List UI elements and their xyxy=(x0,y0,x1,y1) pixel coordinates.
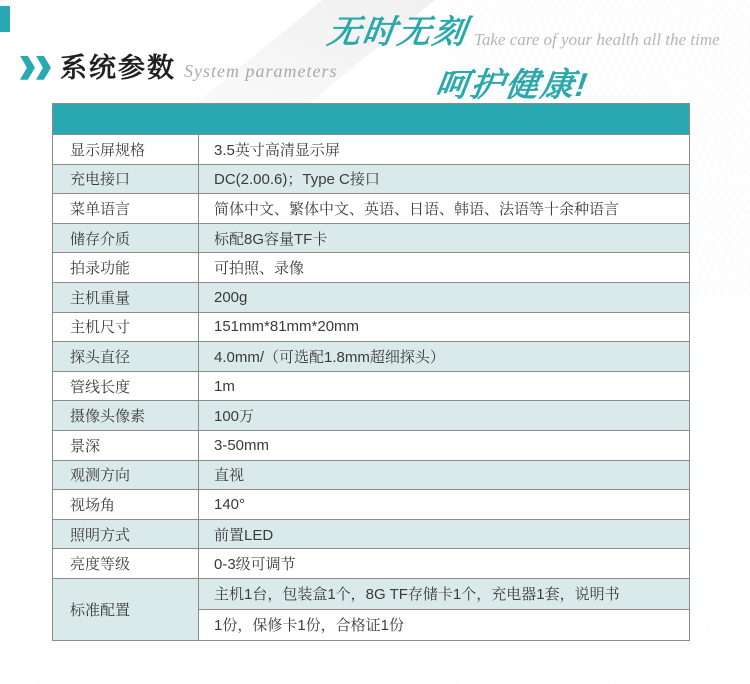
spec-value: 200g xyxy=(199,283,689,312)
spec-label: 视场角 xyxy=(53,490,199,519)
spec-table: 显示屏规格 3.5英寸高清显示屏 充电接口 DC(2.00.6)；Type C接… xyxy=(52,103,690,641)
spec-value: 140° xyxy=(199,490,689,519)
spec-value-line: 主机1台，包装盒1个，8G TF存储卡1个，充电器1套，说明书 xyxy=(199,579,689,609)
spec-value: 151mm*81mm*20mm xyxy=(199,313,689,342)
spec-row: 主机重量 200g xyxy=(53,282,689,312)
spec-sheet-page: 系统参数 System parameters 无时无刻 Take care of… xyxy=(0,0,750,684)
spec-row: 观测方向 直视 xyxy=(53,460,689,490)
spec-label: 显示屏规格 xyxy=(53,135,199,164)
spec-label: 摄像头像素 xyxy=(53,401,199,430)
spec-value: 3.5英寸高清显示屏 xyxy=(199,135,689,164)
slogan-line1: 无时无刻 xyxy=(325,6,472,53)
spec-value: 4.0mm/（可选配1.8mm超细探头） xyxy=(199,342,689,371)
spec-value-multiline: 主机1台，包装盒1个，8G TF存储卡1个，充电器1套，说明书 1份，保修卡1份… xyxy=(199,579,689,640)
spec-value: 前置LED xyxy=(199,520,689,549)
spec-label: 景深 xyxy=(53,431,199,460)
spec-value: 1m xyxy=(199,372,689,401)
spec-value: 可拍照、录像 xyxy=(199,253,689,282)
chevron-right-icon xyxy=(20,56,35,80)
slogan-line2: 呵护健康! xyxy=(433,59,723,106)
section-title: 系统参数 System parameters xyxy=(20,54,337,84)
spec-row-standard-config: 标准配置 主机1台，包装盒1个，8G TF存储卡1个，充电器1套，说明书 1份，… xyxy=(53,578,689,640)
spec-row: 亮度等级 0-3级可调节 xyxy=(53,548,689,578)
spec-value: 3-50mm xyxy=(199,431,689,460)
spec-row: 拍录功能 可拍照、录像 xyxy=(53,252,689,282)
spec-row: 储存介质 标配8G容量TF卡 xyxy=(53,223,689,253)
spec-label: 充电接口 xyxy=(53,165,199,194)
spec-label: 储存介质 xyxy=(53,224,199,253)
spec-label: 拍录功能 xyxy=(53,253,199,282)
spec-row: 摄像头像素 100万 xyxy=(53,400,689,430)
spec-row: 管线长度 1m xyxy=(53,371,689,401)
spec-row: 主机尺寸 151mm*81mm*20mm xyxy=(53,312,689,342)
slogan-block: 无时无刻 Take care of your health all the ti… xyxy=(328,6,720,106)
spec-label: 菜单语言 xyxy=(53,194,199,223)
spec-value: DC(2.00.6)；Type C接口 xyxy=(199,165,689,194)
spec-row: 菜单语言 简体中文、繁体中文、英语、日语、韩语、法语等十余种语言 xyxy=(53,193,689,223)
chevron-right-icon xyxy=(36,56,51,80)
spec-label: 亮度等级 xyxy=(53,549,199,578)
page-title: 系统参数 xyxy=(60,54,176,84)
page-title-en: System parameters xyxy=(184,61,337,82)
double-chevron-icon xyxy=(20,56,52,80)
spec-label: 照明方式 xyxy=(53,520,199,549)
spec-label: 主机重量 xyxy=(53,283,199,312)
slogan-english: Take care of your health all the time xyxy=(474,30,720,50)
spec-value: 0-3级可调节 xyxy=(199,549,689,578)
spec-value: 100万 xyxy=(199,401,689,430)
spec-row: 探头直径 4.0mm/（可选配1.8mm超细探头） xyxy=(53,341,689,371)
spec-value: 简体中文、繁体中文、英语、日语、韩语、法语等十余种语言 xyxy=(199,194,689,223)
spec-row: 照明方式 前置LED xyxy=(53,519,689,549)
spec-row: 景深 3-50mm xyxy=(53,430,689,460)
spec-label: 管线长度 xyxy=(53,372,199,401)
spec-value-line: 1份，保修卡1份，合格证1份 xyxy=(199,609,689,640)
spec-value: 标配8G容量TF卡 xyxy=(199,224,689,253)
spec-row: 显示屏规格 3.5英寸高清显示屏 xyxy=(53,134,689,164)
table-header-bar xyxy=(53,104,689,134)
spec-label: 标准配置 xyxy=(53,579,199,640)
spec-label: 观测方向 xyxy=(53,461,199,490)
spec-row: 视场角 140° xyxy=(53,489,689,519)
spec-label: 主机尺寸 xyxy=(53,313,199,342)
teal-corner-tab-decoration xyxy=(0,6,10,32)
spec-label: 探头直径 xyxy=(53,342,199,371)
spec-value: 直视 xyxy=(199,461,689,490)
spec-row: 充电接口 DC(2.00.6)；Type C接口 xyxy=(53,164,689,194)
